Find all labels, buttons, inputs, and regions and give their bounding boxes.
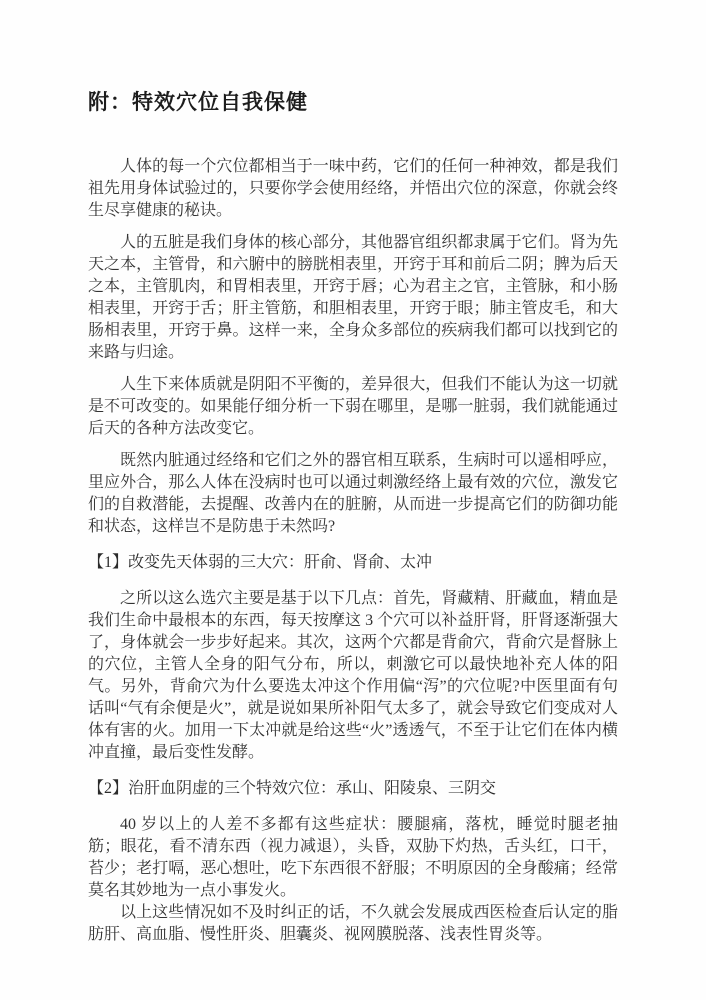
section-1-paragraph-1: 之所以这么选穴主要是基于以下几点：首先，肾藏精、肝藏血，精血是我们生命中最根本的… bbox=[88, 588, 618, 764]
document-page: 附：特效穴位自我保健 人体的每一个穴位都相当于一味中药，它们的任何一种神效，都是… bbox=[0, 0, 706, 1000]
intro-paragraph-2: 人的五脏是我们身体的核心部分，其他器官组织都隶属于它们。肾为先天之本，主管骨，和… bbox=[88, 232, 618, 364]
section-2-paragraph-2: 以上这些情况如不及时纠正的话，不久就会发展成西医检查后认定的脂肪肝、高血脂、慢性… bbox=[88, 902, 618, 946]
intro-paragraph-1: 人体的每一个穴位都相当于一味中药，它们的任何一种神效，都是我们祖先用身体试验过的… bbox=[88, 156, 618, 222]
intro-paragraph-4: 既然内脏通过经络和它们之外的器官相互联系，生病时可以遥相呼应，里应外合，那么人体… bbox=[88, 450, 618, 538]
section-2-paragraph-1: 40 岁以上的人差不多都有这些症状：腰腿痛，落枕，睡觉时腿老抽筋；眼花，看不清东… bbox=[88, 814, 618, 902]
section-2-heading: 【2】治肝血阴虚的三个特效穴位：承山、阳陵泉、三阴交 bbox=[88, 778, 618, 800]
document-title: 附：特效穴位自我保健 bbox=[88, 90, 618, 114]
section-1-heading: 【1】改变先天体弱的三大穴：肝俞、肾俞、太冲 bbox=[88, 552, 618, 574]
intro-paragraph-3: 人生下来体质就是阴阳不平衡的，差异很大，但我们不能认为这一切就是不可改变的。如果… bbox=[88, 374, 618, 440]
